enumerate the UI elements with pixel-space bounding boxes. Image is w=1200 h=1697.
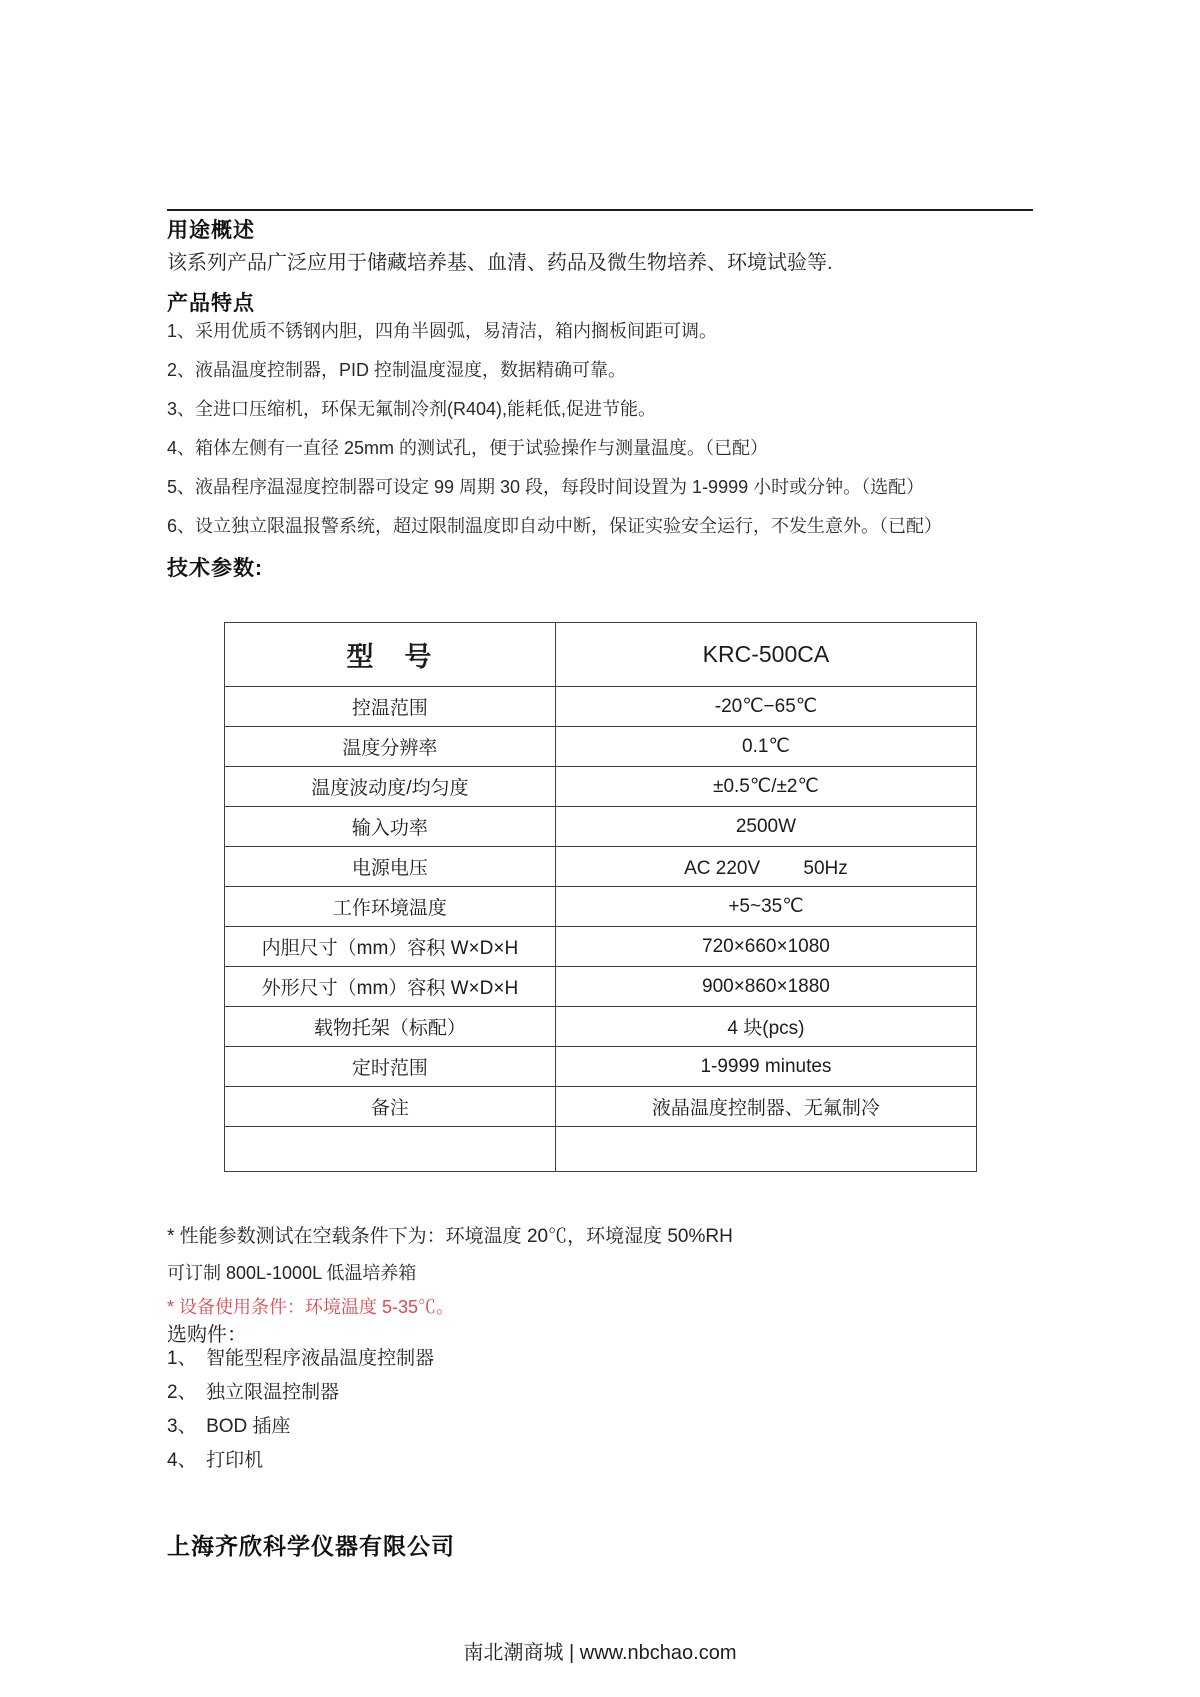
top-divider-line <box>167 209 1033 211</box>
footer-site-link[interactable]: 南北潮商城 | www.nbchao.com <box>0 1636 1200 1665</box>
model-label-cell: 型 号 <box>225 623 556 687</box>
spec-label: 控温范围 <box>225 687 556 727</box>
company-name: 上海齐欣科学仪器有限公司 <box>167 1528 455 1561</box>
note-test-condition: * 性能参数测试在空载条件下为：环境温度 20℃，环境湿度 50%RH <box>167 1221 733 1248</box>
spec-label: 工作环境温度 <box>225 887 556 927</box>
spec-value: -20℃−65℃ <box>555 687 976 727</box>
spec-value <box>555 1127 976 1172</box>
spec-label: 定时范围 <box>225 1047 556 1087</box>
table-row: 温度波动度/均匀度 ±0.5℃/±2℃ <box>225 767 977 807</box>
spec-label: 内胆尺寸（mm）容积 W×D×H <box>225 927 556 967</box>
feature-item: 1、采用优质不锈钢内胆，四角半圆弧，易清洁，箱内搁板间距可调。 <box>167 320 1067 342</box>
table-row-empty <box>225 1127 977 1172</box>
spec-value: 液晶温度控制器、无氟制冷 <box>555 1087 976 1127</box>
table-row: 控温范围 -20℃−65℃ <box>225 687 977 727</box>
feature-item: 2、液晶温度控制器，PID 控制温度湿度，数据精确可靠。 <box>167 359 1067 381</box>
table-row: 载物托架（标配） 4 块(pcs) <box>225 1007 977 1047</box>
optional-parts-list: 1、 智能型程序液晶温度控制器 2、 独立限温控制器 3、 BOD 插座 4、 … <box>167 1348 434 1484</box>
table-row: 外形尺寸（mm）容积 W×D×H 900×860×1880 <box>225 967 977 1007</box>
technical-parameters-heading: 技术参数: <box>167 552 263 582</box>
table-row: 工作环境温度 +5~35℃ <box>225 887 977 927</box>
product-features-heading: 产品特点 <box>167 287 255 317</box>
feature-item: 3、全进口压缩机，环保无氟制冷剂(R404),能耗低,促进节能。 <box>167 398 1067 420</box>
note-custom-order: 可订制 800L-1000L 低温培养箱 <box>167 1259 416 1285</box>
spec-label: 电源电压 <box>225 847 556 887</box>
spec-value: 2500W <box>555 807 976 847</box>
spec-label: 外形尺寸（mm）容积 W×D×H <box>225 967 556 1007</box>
option-item: 2、 独立限温控制器 <box>167 1382 434 1404</box>
feature-item: 6、设立独立限温报警系统，超过限制温度即自动中断，保证实验安全运行，不发生意外。… <box>167 515 1067 537</box>
optional-parts-heading: 选购件： <box>167 1318 247 1347</box>
spec-value: 4 块(pcs) <box>555 1007 976 1047</box>
spec-value: 900×860×1880 <box>555 967 976 1007</box>
spec-label: 载物托架（标配） <box>225 1007 556 1047</box>
model-value-cell: KRC-500CA <box>555 623 976 687</box>
spec-label: 备注 <box>225 1087 556 1127</box>
spec-value: AC 220V 50Hz <box>555 847 976 887</box>
option-item: 3、 BOD 插座 <box>167 1416 434 1438</box>
spec-label: 输入功率 <box>225 807 556 847</box>
spec-table: 型 号 KRC-500CA 控温范围 -20℃−65℃ 温度分辨率 0.1℃ 温… <box>224 622 977 1172</box>
option-item: 1、 智能型程序液晶温度控制器 <box>167 1348 434 1370</box>
spec-value: 0.1℃ <box>555 727 976 767</box>
spec-value: 720×660×1080 <box>555 927 976 967</box>
table-row: 备注 液晶温度控制器、无氟制冷 <box>225 1087 977 1127</box>
usage-overview-heading: 用途概述 <box>167 214 255 244</box>
table-row: 内胆尺寸（mm）容积 W×D×H 720×660×1080 <box>225 927 977 967</box>
spec-label: 温度分辨率 <box>225 727 556 767</box>
spec-value: ±0.5℃/±2℃ <box>555 767 976 807</box>
spec-value: 1-9999 minutes <box>555 1047 976 1087</box>
spec-value: +5~35℃ <box>555 887 976 927</box>
table-row: 输入功率 2500W <box>225 807 977 847</box>
usage-overview-text: 该系列产品广泛应用于储藏培养基、血清、药品及微生物培养、环境试验等. <box>167 246 833 275</box>
table-row: 电源电压 AC 220V 50Hz <box>225 847 977 887</box>
table-row-model: 型 号 KRC-500CA <box>225 623 977 687</box>
feature-item: 5、液晶程序温湿度控制器可设定 99 周期 30 段，每段时间设置为 1-999… <box>167 476 1067 498</box>
product-features-list: 1、采用优质不锈钢内胆，四角半圆弧，易清洁，箱内搁板间距可调。 2、液晶温度控制… <box>167 320 1067 554</box>
note-usage-condition: * 设备使用条件：环境温度 5-35℃。 <box>167 1293 454 1319</box>
spec-label <box>225 1127 556 1172</box>
feature-item: 4、箱体左侧有一直径 25mm 的测试孔，便于试验操作与测量温度。（已配） <box>167 437 1067 459</box>
option-item: 4、 打印机 <box>167 1450 434 1472</box>
document-page: 用途概述 该系列产品广泛应用于储藏培养基、血清、药品及微生物培养、环境试验等. … <box>0 0 1200 1697</box>
spec-label: 温度波动度/均匀度 <box>225 767 556 807</box>
table-row: 定时范围 1-9999 minutes <box>225 1047 977 1087</box>
table-row: 温度分辨率 0.1℃ <box>225 727 977 767</box>
